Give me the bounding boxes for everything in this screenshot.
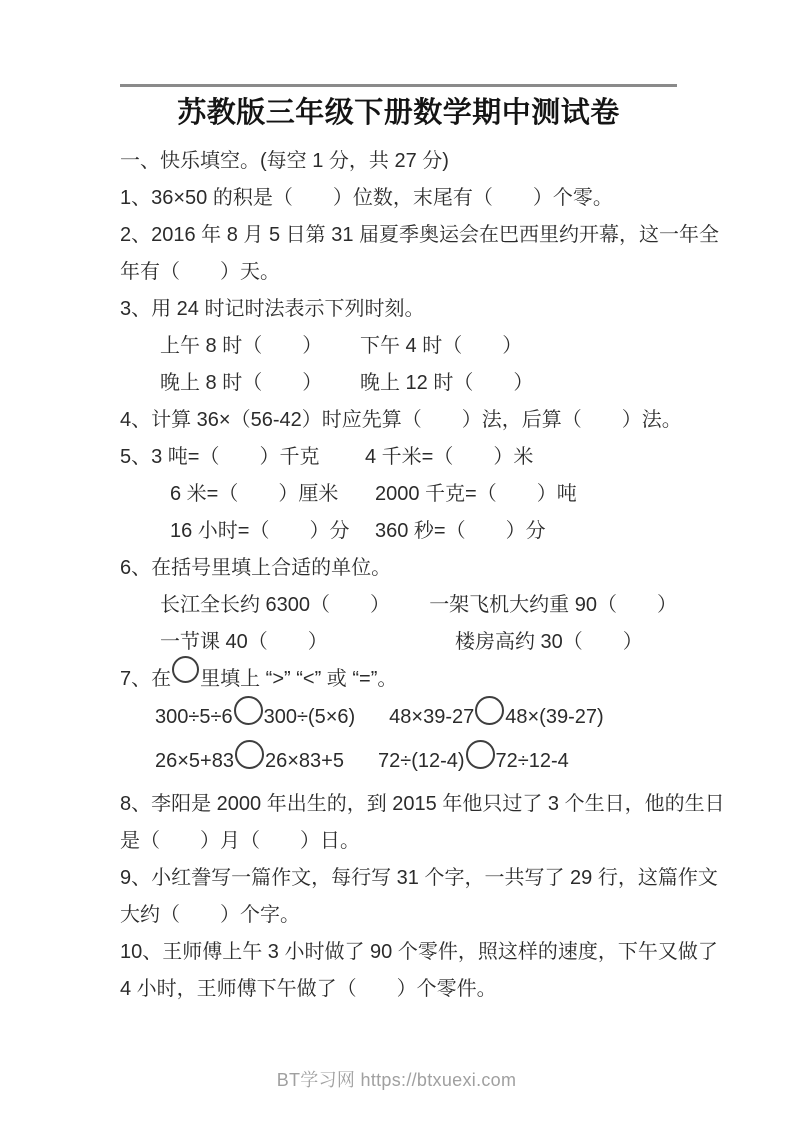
- expression: 48×(39-27): [505, 706, 603, 729]
- question-6-row-2: 一节课 40（ ） 楼房高约 30（ ）: [120, 621, 677, 658]
- question-2-line-1: 2、2016 年 8 月 5 日第 31 届夏季奥运会在巴西里约开幕，这一年全: [120, 214, 677, 251]
- comparison-circle-blank: [466, 740, 495, 769]
- blank-item: 一架飞机大约重 90（ ）: [429, 588, 677, 617]
- expression: 72÷(12-4): [378, 750, 465, 773]
- question-text: 6、在括号里填上合适的单位。: [120, 551, 391, 580]
- question-3-row-1: 上午 8 时（ ） 下午 4 时（ ）: [120, 325, 677, 362]
- question-text: 里填上 “>” “<” 或 “=”。: [200, 662, 397, 691]
- question-1: 1、36×50 的积是（ ）位数，末尾有（ ）个零。: [120, 177, 677, 214]
- question-8-line-2: 是（ ）月（ ）日。: [120, 820, 677, 857]
- comparison-pair: 300÷5÷6300÷(5×6): [155, 703, 355, 732]
- question-7-row-1: 300÷5÷6300÷(5×6) 48×39-2748×(39-27): [120, 695, 677, 739]
- expression: 300÷5÷6: [155, 706, 233, 729]
- question-text: 2、2016 年 8 月 5 日第 31 届夏季奥运会在巴西里约开幕，这一年全: [120, 218, 719, 247]
- comparison-circle-blank: [234, 696, 263, 725]
- document-page: 苏教版三年级下册数学期中测试卷 一、快乐填空。(每空 1 分，共 27 分) 1…: [0, 0, 793, 1122]
- comparison-circle-icon: [172, 656, 199, 683]
- question-text: 4 小时，王师傅下午做了（ ）个零件。: [120, 972, 497, 1001]
- watermark-text: BT学习网 https://btxuexi.com: [277, 1070, 517, 1090]
- question-text: 大约（ ）个字。: [120, 898, 300, 927]
- comparison-pair: 26×5+8326×83+5: [155, 747, 344, 776]
- document-content: 苏教版三年级下册数学期中测试卷 一、快乐填空。(每空 1 分，共 27 分) 1…: [120, 84, 677, 1005]
- question-text: 4、计算 36×（56-42）时应先算（ ）法，后算（ ）法。: [120, 403, 682, 432]
- question-text: 9、小红誊写一篇作文，每行写 31 个字，一共写了 29 行，这篇作文: [120, 861, 718, 890]
- comparison-pair: 72÷(12-4)72÷12-4: [378, 747, 569, 776]
- blank-item: 5、3 吨=（ ）千克: [120, 440, 365, 469]
- expression: 300÷(5×6): [264, 706, 356, 729]
- question-text: 1、36×50 的积是（ ）位数，末尾有（ ）个零。: [120, 181, 613, 210]
- question-7-row-2: 26×5+8326×83+5 72÷(12-4)72÷12-4: [120, 739, 677, 783]
- blank-item: 晚上 8 时（ ）: [160, 366, 360, 395]
- question-10-line-2: 4 小时，王师傅下午做了（ ）个零件。: [120, 968, 677, 1005]
- question-9-line-2: 大约（ ）个字。: [120, 894, 677, 931]
- question-text: 10、王师傅上午 3 小时做了 90 个零件，照这样的速度，下午又做了: [120, 935, 718, 964]
- blank-item: 2000 千克=（ ）吨: [375, 477, 577, 506]
- blank-item: 长江全长约 6300（ ）: [160, 588, 429, 617]
- blank-item: 一节课 40（ ）: [160, 625, 455, 654]
- blank-item: 4 千米=（ ）米: [365, 440, 533, 469]
- question-text: 8、李阳是 2000 年出生的，到 2015 年他只过了 3 个生日，他的生日: [120, 787, 725, 816]
- question-4: 4、计算 36×（56-42）时应先算（ ）法，后算（ ）法。: [120, 399, 677, 436]
- page-title: 苏教版三年级下册数学期中测试卷: [120, 92, 677, 134]
- blank-item: 晚上 12 时（ ）: [360, 366, 533, 395]
- expression: 26×83+5: [265, 750, 344, 773]
- question-6: 6、在括号里填上合适的单位。: [120, 547, 677, 584]
- question-5-row-3: 16 小时=（ ）分 360 秒=（ ）分: [120, 510, 677, 547]
- blank-item: 16 小时=（ ）分: [170, 514, 375, 543]
- blank-item: 360 秒=（ ）分: [375, 514, 546, 543]
- section-heading: 一、快乐填空。(每空 1 分，共 27 分): [120, 140, 677, 177]
- question-list: 一、快乐填空。(每空 1 分，共 27 分) 1、36×50 的积是（ ）位数，…: [120, 140, 677, 1005]
- question-8-line-1: 8、李阳是 2000 年出生的，到 2015 年他只过了 3 个生日，他的生日: [120, 783, 677, 820]
- expression: 72÷12-4: [496, 750, 569, 773]
- question-7: 7、在里填上 “>” “<” 或 “=”。: [120, 658, 677, 695]
- blank-item: 下午 4 时（ ）: [360, 329, 522, 358]
- question-3-row-2: 晚上 8 时（ ） 晚上 12 时（ ）: [120, 362, 677, 399]
- horizontal-rule: [120, 84, 677, 87]
- question-text: 7、在: [120, 662, 171, 691]
- comparison-circle-blank: [235, 740, 264, 769]
- comparison-pair: 48×39-2748×(39-27): [389, 703, 603, 732]
- question-2-line-2: 年有（ ）天。: [120, 251, 677, 288]
- question-3: 3、用 24 时记时法表示下列时刻。: [120, 288, 677, 325]
- question-9-line-1: 9、小红誊写一篇作文，每行写 31 个字，一共写了 29 行，这篇作文: [120, 857, 677, 894]
- question-text: 3、用 24 时记时法表示下列时刻。: [120, 292, 424, 321]
- expression: 26×5+83: [155, 750, 234, 773]
- question-10-line-1: 10、王师傅上午 3 小时做了 90 个零件，照这样的速度，下午又做了: [120, 931, 677, 968]
- comparison-circle-blank: [475, 696, 504, 725]
- watermark-footer: BT学习网 https://btxuexi.com: [0, 1066, 793, 1092]
- question-5-row-1: 5、3 吨=（ ）千克 4 千米=（ ）米: [120, 436, 677, 473]
- question-6-row-1: 长江全长约 6300（ ） 一架飞机大约重 90（ ）: [120, 584, 677, 621]
- expression: 48×39-27: [389, 706, 474, 729]
- blank-item: 上午 8 时（ ）: [160, 329, 360, 358]
- blank-item: 6 米=（ ）厘米: [170, 477, 375, 506]
- section-heading-text: 一、快乐填空。(每空 1 分，共 27 分): [120, 144, 449, 173]
- question-text: 年有（ ）天。: [120, 255, 280, 284]
- question-5-row-2: 6 米=（ ）厘米 2000 千克=（ ）吨: [120, 473, 677, 510]
- blank-item: 楼房高约 30（ ）: [455, 625, 643, 654]
- question-text: 是（ ）月（ ）日。: [120, 824, 360, 853]
